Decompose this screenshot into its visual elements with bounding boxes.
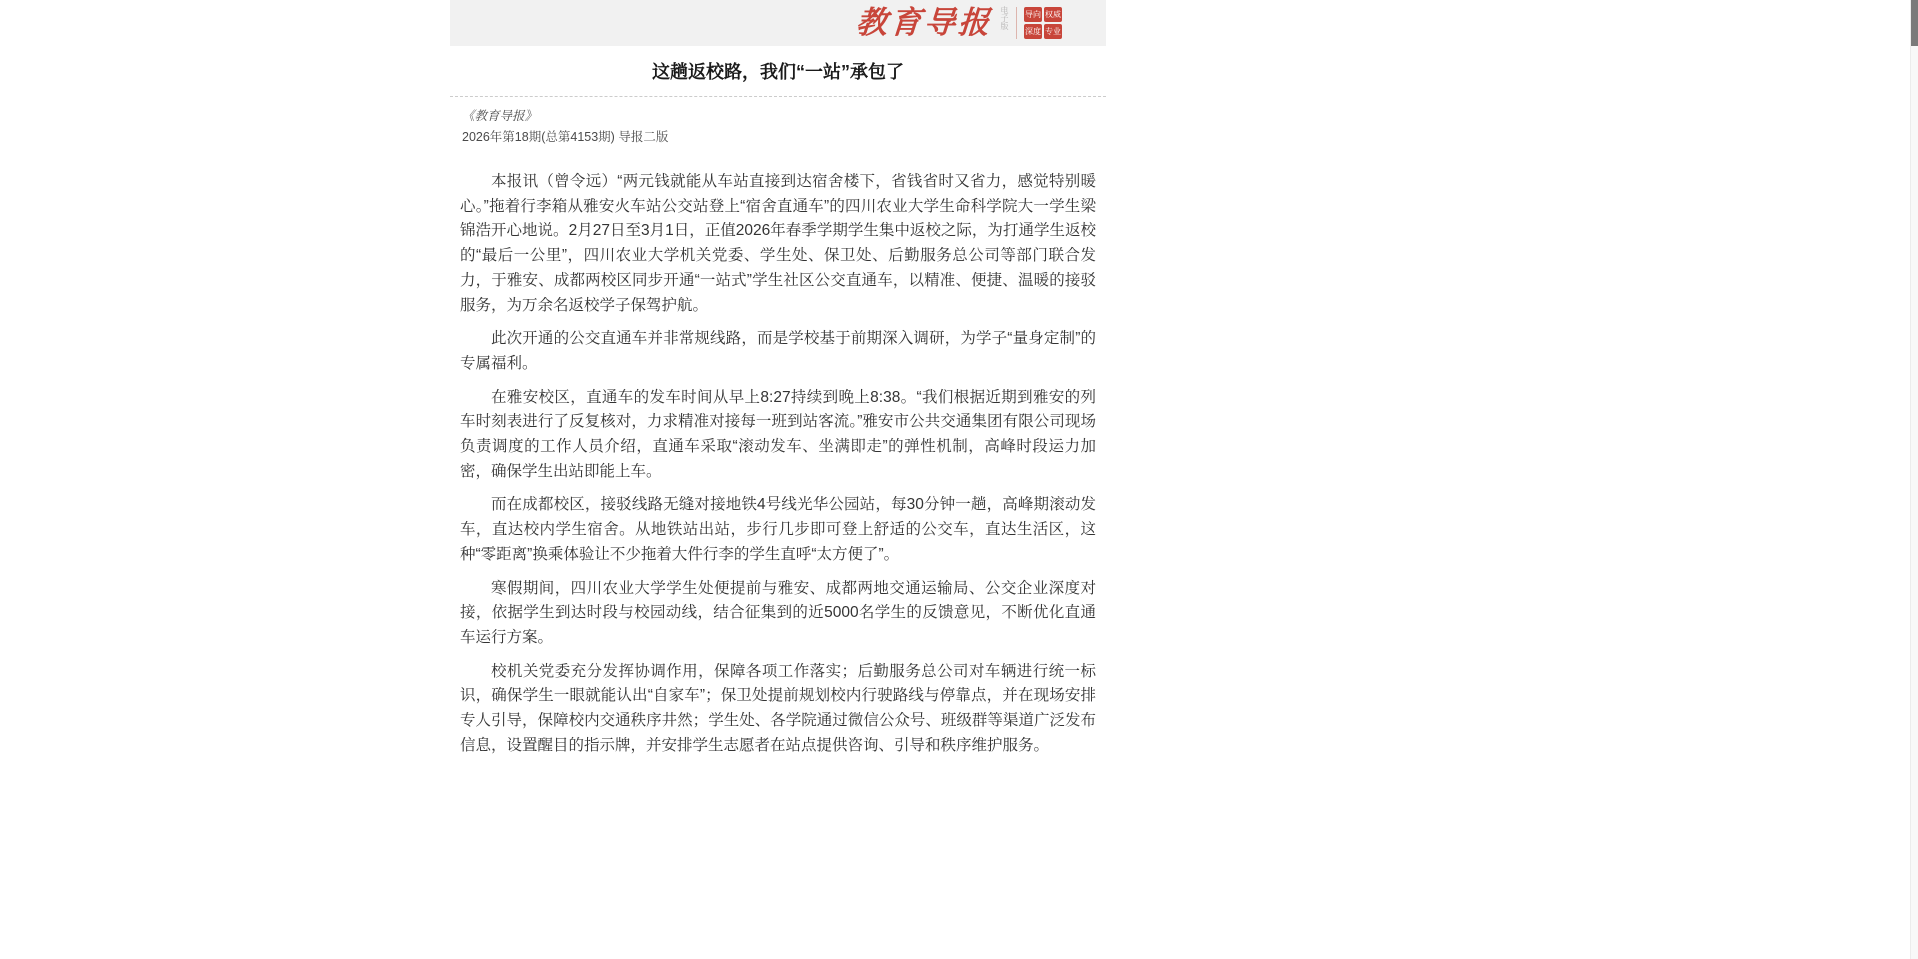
article-paragraph: 而在成都校区，接驳线路无缝对接地铁4号线光华公园站，每30分钟一趟，高峰期滚动发… (460, 493, 1096, 567)
scrollbar-thumb[interactable] (1911, 0, 1918, 46)
logo-divider (1016, 7, 1017, 39)
article-body: 本报讯（曾令远）“两元钱就能从车站直接到达宿舍楼下，省钱省时又省力，感觉特别暖心… (450, 147, 1106, 797)
article-paragraph: 寒假期间，四川农业大学学生处便提前与雅安、成都两地交通运输局、公交企业深度对接，… (460, 577, 1096, 651)
article-paragraph: 校机关党委充分发挥协调作用，保障各项工作落实；后勤服务总公司对车辆进行统一标识，… (460, 660, 1096, 759)
logo-seals: 导向 权威 深度 专业 (1024, 7, 1062, 39)
article-paragraph: 本报讯（曾令远）“两元钱就能从车站直接到达宿舍楼下，省钱省时又省力，感觉特别暖心… (460, 170, 1096, 318)
article-meta: 《教育导报》 2026年第18期(总第4153期) 导报二版 (450, 97, 1106, 147)
article-container: 教育导报 电子版 导向 权威 深度 专业 这趟返校路，我们“一站”承包了 《教育… (450, 0, 1106, 797)
seal-badge: 导向 (1024, 7, 1042, 22)
issue-info: 2026年第18期(总第4153期) 导报二版 (462, 128, 1094, 147)
seal-badge: 权威 (1044, 7, 1062, 22)
article-paragraph: 此次开通的公交直通车并非常规线路，而是学校基于前期深入调研，为学子“量身定制”的… (460, 327, 1096, 376)
article-title: 这趟返校路，我们“一站”承包了 (460, 60, 1096, 85)
newspaper-logo[interactable]: 教育导报 电子版 导向 权威 深度 专业 (856, 6, 1062, 40)
masthead: 教育导报 电子版 导向 权威 深度 专业 (450, 0, 1106, 46)
title-block: 这趟返校路，我们“一站”承包了 (450, 46, 1106, 97)
brand-calligraphy: 教育导报 (855, 8, 993, 39)
seal-badge: 专业 (1044, 24, 1062, 39)
source-name: 《教育导报》 (462, 107, 1094, 126)
seal-badge: 深度 (1024, 24, 1042, 39)
scrollbar[interactable] (1910, 0, 1918, 959)
article-paragraph: 在雅安校区，直通车的发车时间从早上8:27持续到晚上8:38。“我们根据近期到雅… (460, 386, 1096, 485)
edition-label: 电子版 (999, 6, 1009, 40)
